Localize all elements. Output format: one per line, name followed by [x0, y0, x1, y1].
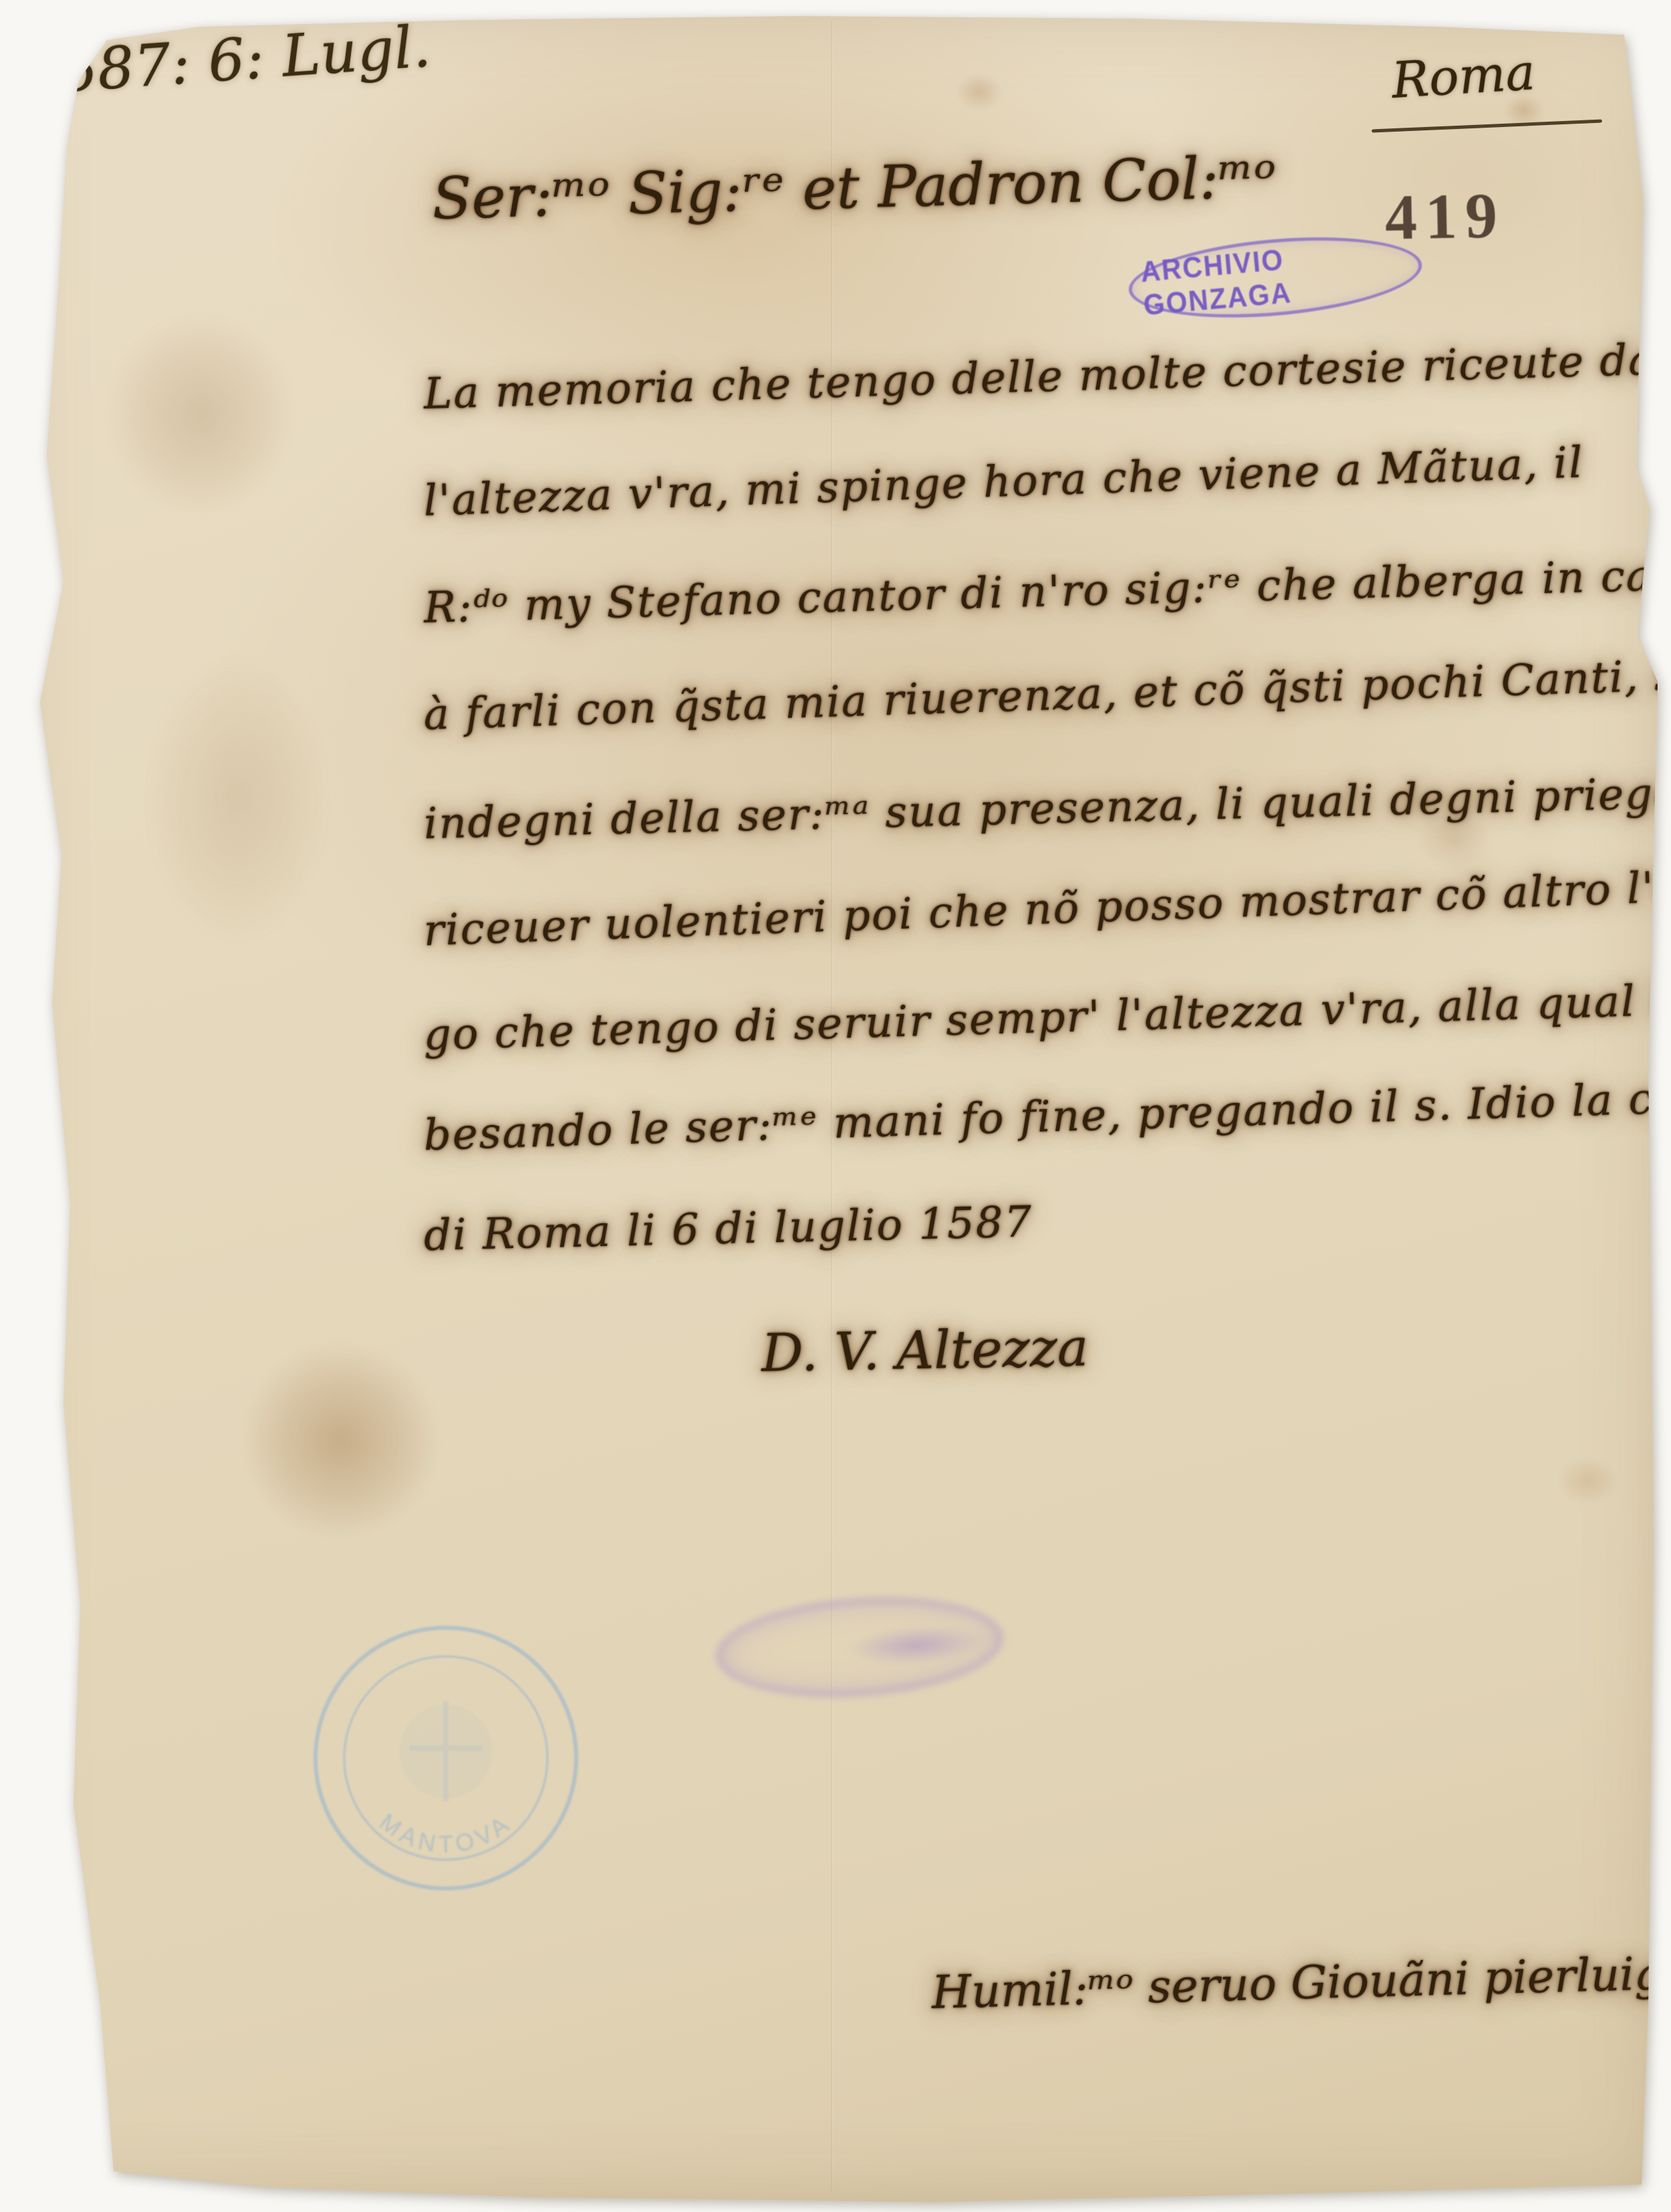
round-archive-stamp: MANTOVA: [302, 1614, 590, 1902]
paper-sheet: 587: 6: Lugl. Roma 419 ARCHIVIO GONZAGA …: [0, 0, 1671, 2212]
place-annotation: Roma: [1390, 43, 1537, 110]
signature: Humil:ᵐᵒ seruo Giouãni pierluigi: [931, 1947, 1671, 2019]
body-line: di Roma li 6 di luglio 1587: [423, 1197, 1033, 1261]
body-line: indegni della ser:ᵐᵃ sua presenza, li qu…: [423, 769, 1671, 849]
archivio-gonzaga-stamp: ARCHIVIO GONZAGA: [1126, 227, 1425, 328]
svg-text:MANTOVA: MANTOVA: [374, 1808, 517, 1858]
stain: [956, 74, 1003, 110]
round-stamp-text: MANTOVA: [374, 1808, 517, 1858]
archivio-gonzaga-stamp-text: ARCHIVIO GONZAGA: [1139, 233, 1411, 322]
stain: [147, 655, 328, 943]
stamp-smear: [845, 1621, 990, 1669]
salutation: Ser:ᵐᵒ Sig:ʳᵉ et Padron Col:ᵐᵒ: [431, 144, 1277, 233]
body-line: l'altezza v'ra, mi spinge hora che viene…: [423, 438, 1585, 526]
faded-oval-stamp: [712, 1588, 1007, 1707]
body-line: R:ᵈᵒ my Stefano cantor di n'ro sig:ʳᵉ ch…: [423, 547, 1671, 633]
body-line: à farli con q̃sta mia riuerenza, et cõ q…: [423, 647, 1671, 740]
manuscript-letter-scan: 587: 6: Lugl. Roma 419 ARCHIVIO GONZAGA …: [0, 0, 1671, 2212]
body-line: besando le ser:ᵐᵉ mani fo fine, pregando…: [423, 1070, 1671, 1160]
body-line: riceuer uolentieri poi che nõ posso most…: [422, 860, 1671, 956]
stain: [237, 1337, 444, 1544]
paper-shadow: 587: 6: Lugl. Roma 419 ARCHIVIO GONZAGA …: [0, 0, 1671, 2212]
body-line: go che tengo di seruir sempr' l'altezza …: [423, 971, 1671, 1060]
valediction: D. V. Altezza: [761, 1318, 1089, 1384]
place-underline: [1372, 119, 1602, 132]
stain: [107, 314, 294, 515]
body-line: La memoria che tengo delle molte cortesi…: [423, 336, 1656, 419]
archival-date-note: 587: 6: Lugl.: [59, 13, 433, 106]
stain: [1557, 1457, 1618, 1504]
